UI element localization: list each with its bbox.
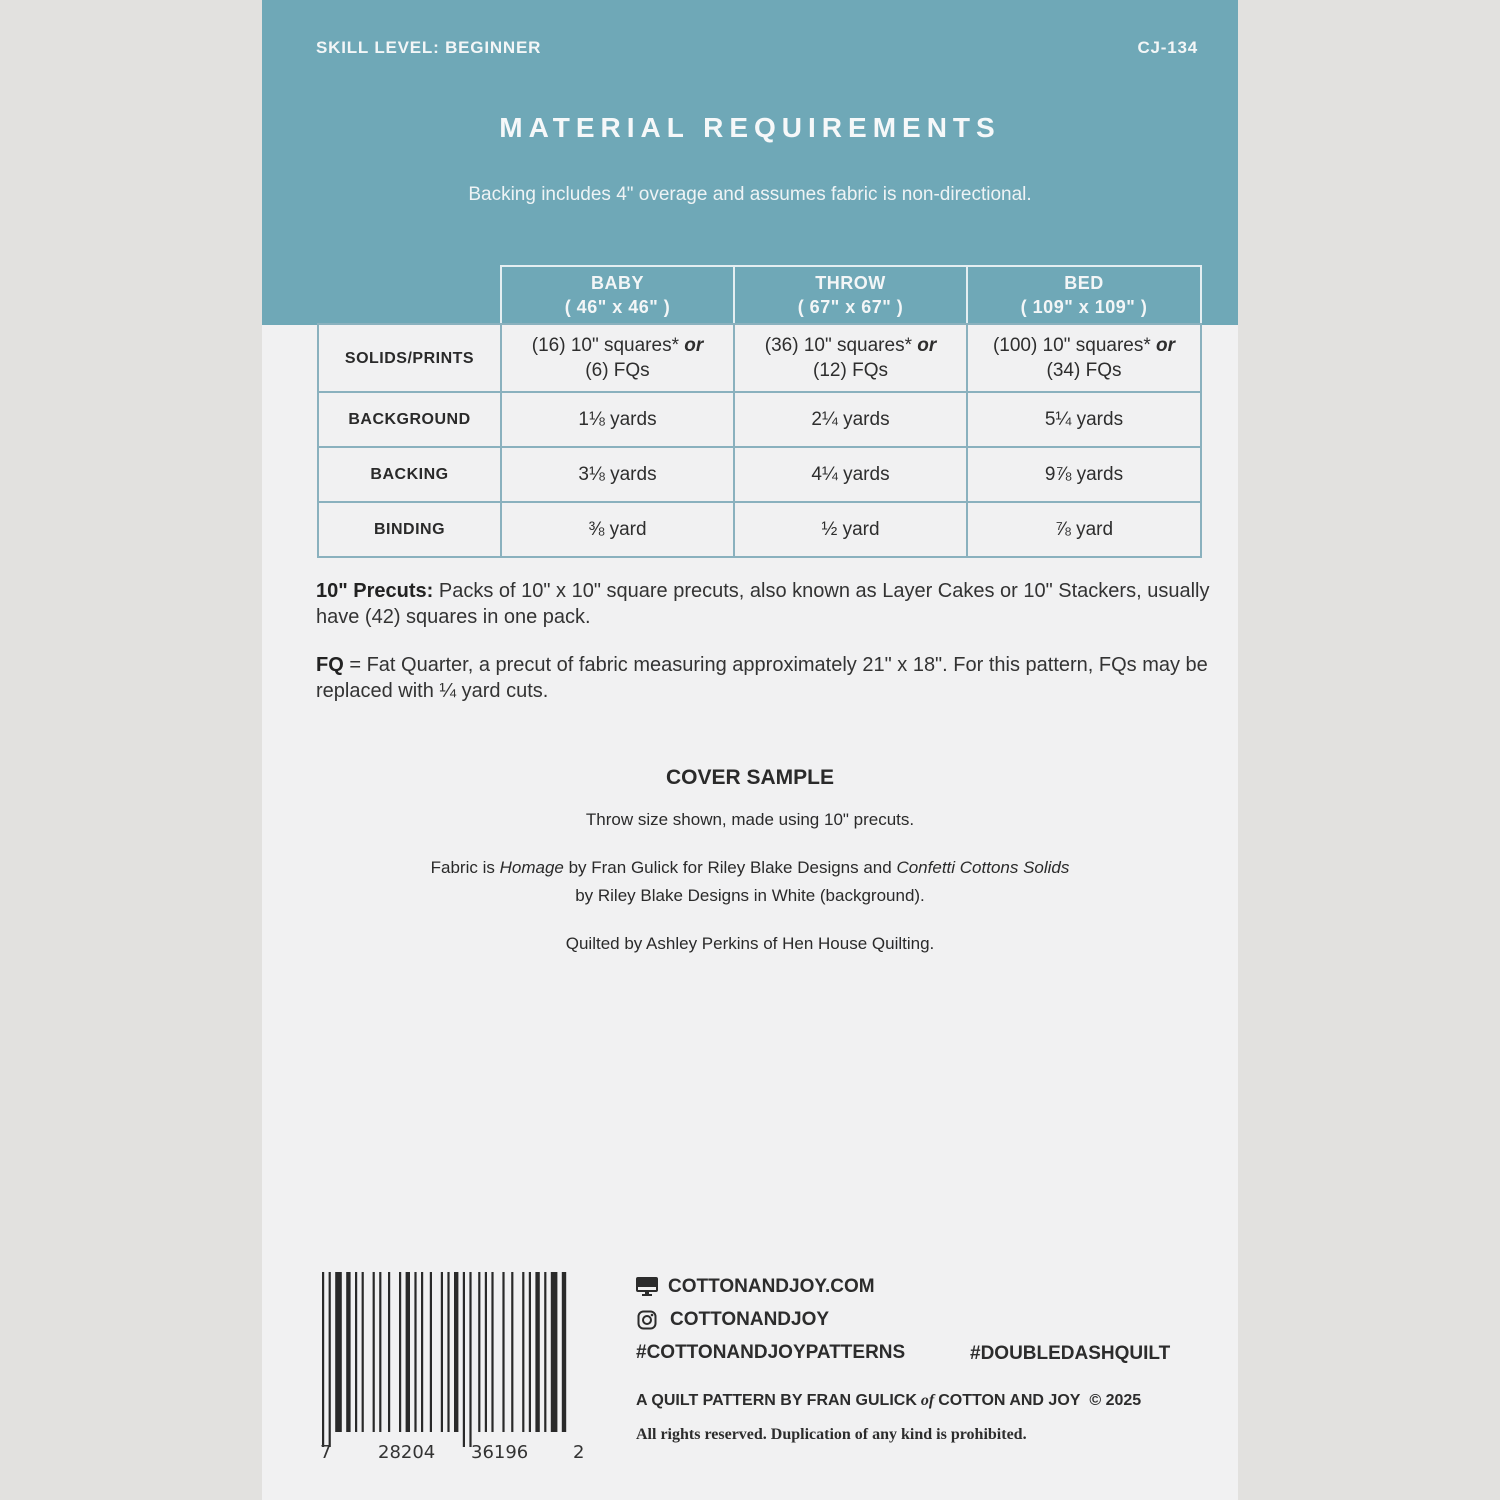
monitor-icon xyxy=(636,1276,658,1298)
text: by Riley Blake Designs in White (backgro… xyxy=(575,886,925,905)
column-size: ( 109" x 109" ) xyxy=(968,295,1200,319)
fq-note: FQ = Fat Quarter, a precut of fabric mea… xyxy=(316,652,1216,704)
instagram-icon xyxy=(636,1309,658,1331)
cover-sample-size: Throw size shown, made using 10" precuts… xyxy=(262,806,1238,834)
pattern-code: CJ-134 xyxy=(1137,38,1198,58)
table-cell: 2¼ yards xyxy=(734,392,967,447)
column-name: BED xyxy=(968,271,1200,295)
fabric-name: Confetti Cottons Solids xyxy=(896,858,1069,877)
column-header-baby: BABY ( 46" x 46" ) xyxy=(501,266,734,324)
hashtag: #DOUBLEDASHQUILT xyxy=(970,1343,1170,1365)
text: Fabric is xyxy=(431,858,500,877)
table-row: BINDING ⅜ yard ½ yard ⅞ yard xyxy=(318,502,1201,557)
column-name: THROW xyxy=(735,271,966,295)
social-links: COTTONANDJOY.COM COTTONANDJOY #COTTONAND… xyxy=(636,1270,1196,1369)
cover-sample-heading: COVER SAMPLE xyxy=(262,766,1238,790)
text: by Fran Gulick for Riley Blake Designs a… xyxy=(564,858,897,877)
table-row: BACKING 3⅛ yards 4¼ yards 9⅞ yards xyxy=(318,447,1201,502)
page-title: MATERIAL REQUIREMENTS xyxy=(262,112,1238,144)
or-text: or xyxy=(917,335,936,356)
cell-text: (6) FQs xyxy=(502,358,733,383)
table-cell: ⅜ yard xyxy=(501,502,734,557)
barcode-digit: 28204 xyxy=(378,1442,435,1463)
table-row: BACKGROUND 1⅛ yards 2¼ yards 5¼ yards xyxy=(318,392,1201,447)
barcode-digit: 2 xyxy=(573,1442,584,1463)
cover-sample-fabric: Fabric is Homage by Fran Gulick for Rile… xyxy=(262,854,1238,910)
pattern-back-cover: SKILL LEVEL: BEGINNER CJ-134 MATERIAL RE… xyxy=(262,0,1238,1500)
or-text: or xyxy=(684,335,703,356)
row-label: BACKING xyxy=(318,447,501,502)
table-cell: 4¼ yards xyxy=(734,447,967,502)
barcode: 7 28204 36196 2 xyxy=(320,1272,590,1472)
table-cell: 5¼ yards xyxy=(967,392,1201,447)
or-text: or xyxy=(1156,335,1175,356)
page-subtitle: Backing includes 4" overage and assumes … xyxy=(262,184,1238,206)
instagram-text: COTTONANDJOY xyxy=(670,1309,829,1331)
precuts-label: 10" Precuts: xyxy=(316,580,433,602)
table-corner xyxy=(318,266,501,324)
cell-text: (36) 10" squares* xyxy=(765,335,912,356)
precuts-note: 10" Precuts: Packs of 10" x 10" square p… xyxy=(316,578,1216,630)
barcode-bars xyxy=(320,1272,570,1447)
rights-notice: All rights reserved. Duplication of any … xyxy=(636,1426,1027,1444)
row-label: BINDING xyxy=(318,502,501,557)
fq-text: = Fat Quarter, a precut of fabric measur… xyxy=(316,654,1208,702)
table-cell: (36) 10" squares* or (12) FQs xyxy=(734,324,967,392)
fabric-name: Homage xyxy=(500,858,564,877)
cell-text: (16) 10" squares* xyxy=(532,335,679,356)
credit-company: COTTON AND JOY xyxy=(938,1392,1080,1409)
fq-label: FQ xyxy=(316,654,344,676)
row-label: BACKGROUND xyxy=(318,392,501,447)
column-size: ( 67" x 67" ) xyxy=(735,295,966,319)
precuts-text: Packs of 10" x 10" square precuts, also … xyxy=(316,580,1209,628)
table-cell: 3⅛ yards xyxy=(501,447,734,502)
hashtags: #COTTONANDJOYPATTERNS #DOUBLEDASHQUILT xyxy=(636,1336,1196,1369)
table-cell: 9⅞ yards xyxy=(967,447,1201,502)
skill-level: SKILL LEVEL: BEGINNER xyxy=(316,38,541,58)
table-cell: (16) 10" squares* or (6) FQs xyxy=(501,324,734,392)
material-requirements-table: BABY ( 46" x 46" ) THROW ( 67" x 67" ) B… xyxy=(317,265,1202,558)
copyright: © 2025 xyxy=(1089,1392,1141,1409)
column-header-throw: THROW ( 67" x 67" ) xyxy=(734,266,967,324)
cell-text: (100) 10" squares* xyxy=(993,335,1151,356)
table-cell: (100) 10" squares* or (34) FQs xyxy=(967,324,1201,392)
cell-text: (12) FQs xyxy=(735,358,966,383)
table-cell: ⅞ yard xyxy=(967,502,1201,557)
table-row: SOLIDS/PRINTS (16) 10" squares* or (6) F… xyxy=(318,324,1201,392)
table-cell: 1⅛ yards xyxy=(501,392,734,447)
credit-text: A QUILT PATTERN BY FRAN GULICK xyxy=(636,1392,917,1409)
column-header-bed: BED ( 109" x 109" ) xyxy=(967,266,1201,324)
notes-section: 10" Precuts: Packs of 10" x 10" square p… xyxy=(316,578,1216,726)
row-label: SOLIDS/PRINTS xyxy=(318,324,501,392)
cover-sample-section: COVER SAMPLE Throw size shown, made usin… xyxy=(262,766,1238,978)
barcode-digit: 7 xyxy=(320,1442,331,1463)
website-link[interactable]: COTTONANDJOY.COM xyxy=(636,1270,1196,1303)
column-name: BABY xyxy=(502,271,733,295)
cell-text: (34) FQs xyxy=(968,358,1200,383)
website-text: COTTONANDJOY.COM xyxy=(668,1276,875,1298)
barcode-digit: 36196 xyxy=(471,1442,528,1463)
pattern-credit: A QUILT PATTERN BY FRAN GULICKofCOTTON A… xyxy=(636,1392,1236,1410)
cover-sample-quilter: Quilted by Ashley Perkins of Hen House Q… xyxy=(262,930,1238,958)
table-cell: ½ yard xyxy=(734,502,967,557)
hashtag: #COTTONANDJOYPATTERNS xyxy=(636,1342,905,1364)
column-size: ( 46" x 46" ) xyxy=(502,295,733,319)
credit-of: of xyxy=(921,1392,934,1409)
instagram-link[interactable]: COTTONANDJOY xyxy=(636,1303,1196,1336)
